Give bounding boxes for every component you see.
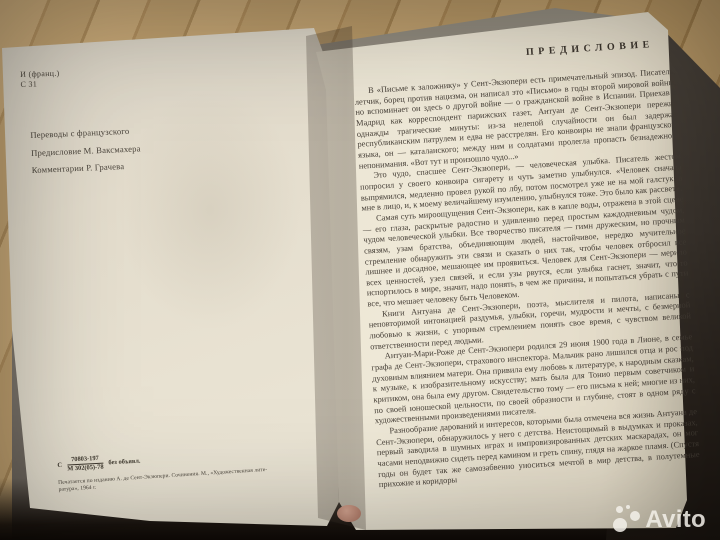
print-code-fraction: 70803-197 М 302(05)-78	[67, 455, 104, 473]
avito-logo-circle	[626, 505, 630, 509]
credits-block: Переводы с французского Предисловие М. В…	[30, 122, 142, 179]
avito-logo-circle	[630, 511, 640, 521]
avito-logo-circle	[616, 506, 623, 513]
print-code-note: без объявл.	[108, 457, 140, 466]
call-number-cutter: С 31	[20, 79, 37, 89]
avito-label: Avito	[645, 508, 706, 532]
avito-logo-circle	[613, 518, 627, 532]
book-photo-scene: И (франц.) С 31 Переводы с французского …	[0, 0, 720, 540]
call-number: И (франц.) С 31	[20, 69, 60, 90]
preface-text-block: ПРЕДИСЛОВИЕ В «Письме к заложнику» у Сен…	[352, 38, 701, 491]
avito-watermark: Avito	[613, 505, 706, 532]
print-code-prefix: С	[57, 461, 62, 468]
fingertip	[337, 505, 361, 522]
call-number-class: И (франц.)	[20, 69, 60, 79]
avito-logo-icon	[613, 505, 640, 532]
